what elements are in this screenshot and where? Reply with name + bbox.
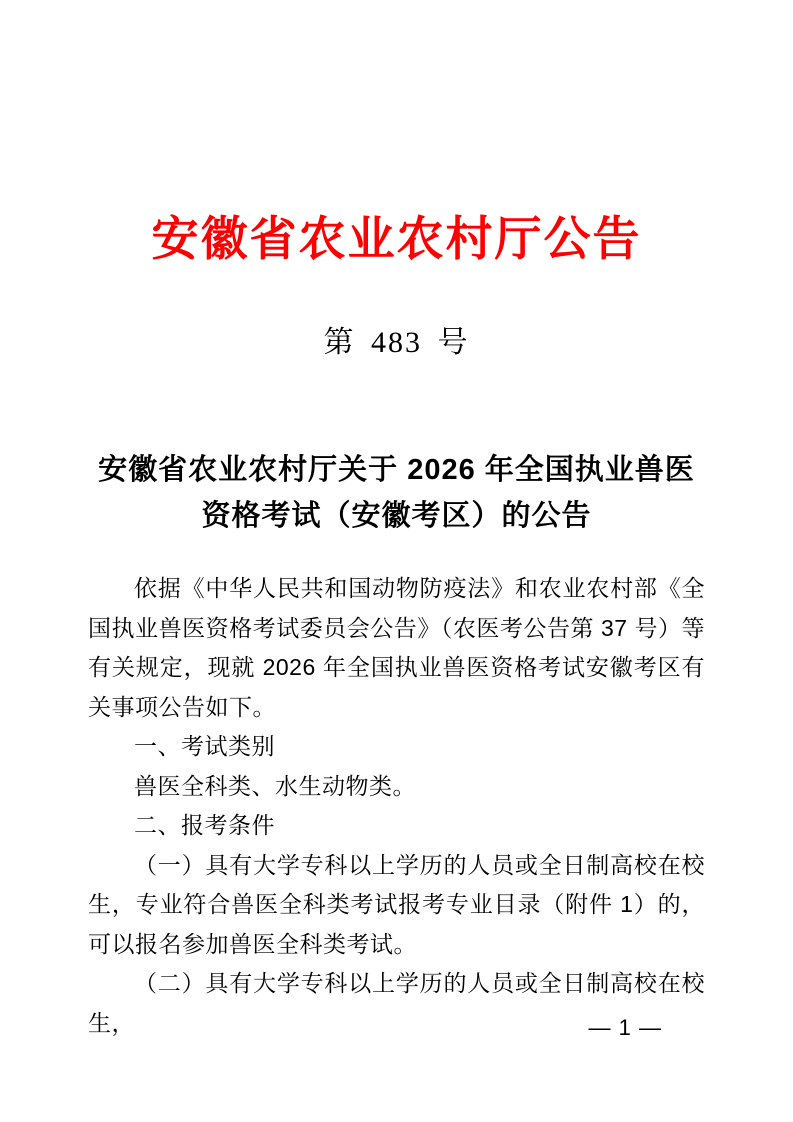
body-paragraph-intro: 依据《中华人民共和国动物防疫法》和农业农村部《全国执业兽医资格考试委员会公告》（… xyxy=(88,569,705,727)
body-section-2-heading: 二、报考条件 xyxy=(88,806,705,846)
announcement-heading-line2: 资格考试（安徽考区）的公告 xyxy=(0,493,793,539)
body-section-2-item-1: （一）具有大学专科以上学历的人员或全日制高校在校生，专业符合兽医全科类考试报考专… xyxy=(88,846,705,965)
page-number: — 1 — xyxy=(589,1016,662,1040)
announcement-heading-line1: 安徽省农业农村厅关于 2026 年全国执业兽医 xyxy=(0,447,793,493)
document-title: 安徽省农业农村厅公告 xyxy=(0,0,793,267)
body-section-1-text: 兽医全科类、水生动物类。 xyxy=(88,767,705,807)
document-number: 第 483 号 xyxy=(0,325,793,361)
document-body: 依据《中华人民共和国动物防疫法》和农业农村部《全国执业兽医资格考试委员会公告》（… xyxy=(88,569,705,1043)
document-page: 安徽省农业农村厅公告 第 483 号 安徽省农业农村厅关于 2026 年全国执业… xyxy=(0,0,793,1122)
body-section-1-heading: 一、考试类别 xyxy=(88,727,705,767)
announcement-heading: 安徽省农业农村厅关于 2026 年全国执业兽医 资格考试（安徽考区）的公告 xyxy=(0,447,793,539)
